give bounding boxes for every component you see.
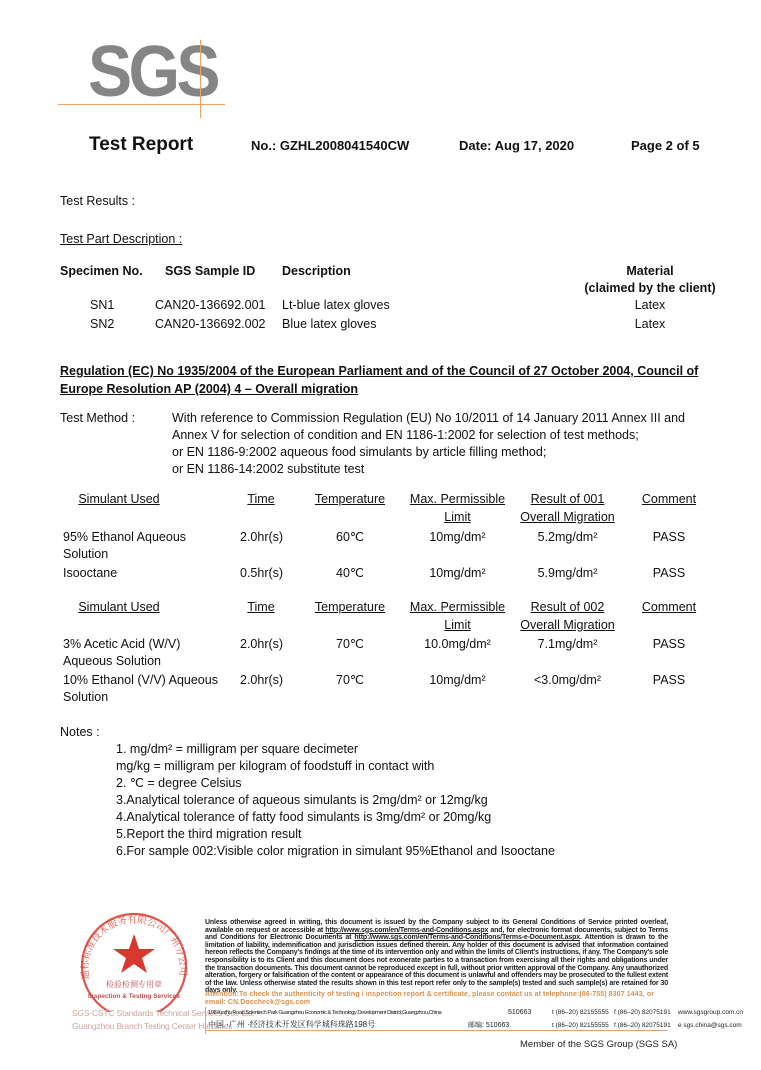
specimen-cell: SN1 (90, 297, 114, 314)
sgs-logo: SGS (88, 36, 217, 108)
note-item: 1. mg/dm² = milligram per square decimet… (116, 741, 555, 758)
col-material: Material (580, 263, 720, 280)
header-limit: Max. Permissible (405, 599, 510, 616)
temperature-cell: 60℃ (310, 529, 390, 546)
simulant-cell: 95% Ethanol Aqueous (63, 529, 186, 546)
postcode: 510663 (508, 1009, 552, 1016)
header-limit: Max. Permissible (405, 491, 510, 508)
page-indicator: Page 2 of 5 (631, 138, 700, 153)
regulation-line-2: Europe Resolution AP (2004) 4 – Overall … (60, 380, 720, 398)
header-simulant: Simulant Used (60, 599, 178, 616)
header-limit-2: Limit (405, 509, 510, 526)
description-cell: Lt-blue latex gloves (282, 297, 390, 314)
header-comment: Comment (635, 599, 703, 616)
address-english: 198 Kezhu Road,Scientech Park Guangzhou … (208, 1009, 743, 1016)
address-chinese: 中国 ·广州 ·经济技术开发区科学城科珠路198号邮编: 510663t (86… (208, 1019, 742, 1030)
header-simulant: Simulant Used (60, 491, 178, 508)
material-cell: Latex (580, 297, 720, 314)
simulant-cell: 10% Ethanol (V/V) Aqueous (63, 672, 218, 689)
time-cell: 2.0hr(s) (240, 636, 283, 653)
material-cell: Latex (580, 316, 720, 333)
header-limit-2: Limit (405, 617, 510, 634)
result-cell: 5.9mg/dm² (515, 565, 620, 582)
simulant-cell-2: Solution (63, 689, 108, 706)
comment-cell: PASS (635, 636, 703, 653)
note-item: 3.Analytical tolerance of aqueous simula… (116, 792, 555, 809)
comment-cell: PASS (635, 529, 703, 546)
legal-disclaimer: Unless otherwise agreed in writing, this… (205, 919, 668, 995)
test-method-line: or EN 1186-9:2002 aqueous food simulants… (172, 444, 685, 461)
fax: f (86–20) 82075191 (614, 1009, 678, 1016)
limit-cell: 10mg/dm² (405, 672, 510, 689)
temperature-cell: 70℃ (310, 672, 390, 689)
simulant-cell-2: Aqueous Solution (63, 653, 161, 670)
company-stamp: 通标标准技术服务有限公司广州分公司 检验检测专用章 Inspection & T… (66, 908, 202, 1012)
logo-vertical-rule (200, 40, 201, 118)
header-time: Time (240, 491, 282, 508)
simulant-cell: 3% Acetic Acid (W/V) (63, 636, 180, 653)
time-cell: 0.5hr(s) (240, 565, 283, 582)
header-time: Time (240, 599, 282, 616)
sample-id-cell: CAN20-136692.002 (155, 316, 266, 333)
note-item: 6.For sample 002:Visible color migration… (116, 843, 555, 860)
col-specimen: Specimen No. (60, 263, 143, 280)
header-result-2: Overall Migration (515, 617, 620, 634)
header-temperature: Temperature (310, 491, 390, 508)
col-sample-id: SGS Sample ID (165, 263, 255, 280)
temperature-cell: 40℃ (310, 565, 390, 582)
test-method-line: or EN 1186-14:2002 substitute test (172, 461, 685, 478)
header-result: Result of 002 (515, 599, 620, 616)
postcode-cn: 邮编: 510663 (468, 1020, 552, 1030)
simulant-cell-2: Solution (63, 546, 108, 563)
test-method-line: With reference to Commission Regulation … (172, 410, 685, 427)
notes-list: 1. mg/dm² = milligram per square decimet… (116, 741, 555, 860)
col-material-note: (claimed by the client) (580, 280, 720, 297)
authenticity-notice: Attention:To check the authenticity of t… (205, 991, 668, 1006)
note-item: mg/kg = milligram per kilogram of foodst… (116, 758, 555, 775)
time-cell: 2.0hr(s) (240, 529, 283, 546)
legal-text: . Attention is drawn to the limitation o… (205, 934, 668, 994)
note-item: 4.Analytical tolerance of fatty food sim… (116, 809, 555, 826)
address-cn-text: 中国 ·广州 ·经济技术开发区科学城科珠路198号 (208, 1019, 468, 1030)
report-number: No.: GZHL2008041540CW (251, 138, 409, 153)
limit-cell: 10mg/dm² (405, 529, 510, 546)
e-document-terms-link[interactable]: http://www.sgs.com/en/Terms-and-Conditio… (354, 934, 580, 941)
test-method-body: With reference to Commission Regulation … (172, 410, 685, 478)
note-item: 2. ℃ = degree Celsius (116, 775, 555, 792)
test-results-label: Test Results : (60, 193, 135, 210)
note-item: 5.Report the third migration result (116, 826, 555, 843)
test-method-label: Test Method : (60, 410, 135, 427)
limit-cell: 10.0mg/dm² (405, 636, 510, 653)
header-result: Result of 001 (515, 491, 620, 508)
telephone: t (86–20) 82155555 (552, 1022, 614, 1029)
stamp-seal-icon: 通标标准技术服务有限公司广州分公司 检验检测专用章 Inspection & T… (66, 908, 202, 1012)
test-method-line: Annex V for selection of condition and E… (172, 427, 685, 444)
limit-cell: 10mg/dm² (405, 565, 510, 582)
report-title: Test Report (89, 134, 193, 156)
col-description: Description (282, 263, 351, 280)
regulation-heading: Regulation (EC) No 1935/2004 of the Euro… (60, 362, 720, 398)
sample-id-cell: CAN20-136692.001 (155, 297, 266, 314)
fax: f (86–20) 82075191 (614, 1022, 678, 1029)
report-date: Date: Aug 17, 2020 (459, 138, 574, 153)
header-temperature: Temperature (310, 599, 390, 616)
regulation-line-1: Regulation (EC) No 1935/2004 of the Euro… (60, 362, 720, 380)
svg-text:检验检测专用章: 检验检测专用章 (106, 979, 162, 989)
terms-link[interactable]: http://www.sgs.com/en/Terms-and-Conditio… (325, 927, 488, 934)
result-cell: 7.1mg/dm² (515, 636, 620, 653)
result-cell: <3.0mg/dm² (515, 672, 620, 689)
description-cell: Blue latex gloves (282, 316, 377, 333)
address-en-text: 198 Kezhu Road,Scientech Park Guangzhou … (208, 1010, 508, 1016)
website[interactable]: www.sgsgroup.com.cn (678, 1009, 743, 1016)
comment-cell: PASS (635, 565, 703, 582)
temperature-cell: 70℃ (310, 636, 390, 653)
specimen-cell: SN2 (90, 316, 114, 333)
notes-label: Notes : (60, 724, 100, 741)
svg-text:Inspection & Testing Services: Inspection & Testing Services (88, 993, 180, 1000)
result-cell: 5.2mg/dm² (515, 529, 620, 546)
time-cell: 2.0hr(s) (240, 672, 283, 689)
telephone: t (86–20) 82155555 (552, 1009, 614, 1016)
sgs-group-member: Member of the SGS Group (SGS SA) (520, 1039, 677, 1050)
comment-cell: PASS (635, 672, 703, 689)
email[interactable]: e sgs.china@sgs.com (678, 1022, 742, 1029)
header-result-2: Overall Migration (515, 509, 620, 526)
header-comment: Comment (635, 491, 703, 508)
address-divider (205, 1030, 668, 1031)
simulant-cell: Isooctane (63, 565, 117, 582)
test-part-description-label: Test Part Description : (60, 231, 182, 248)
